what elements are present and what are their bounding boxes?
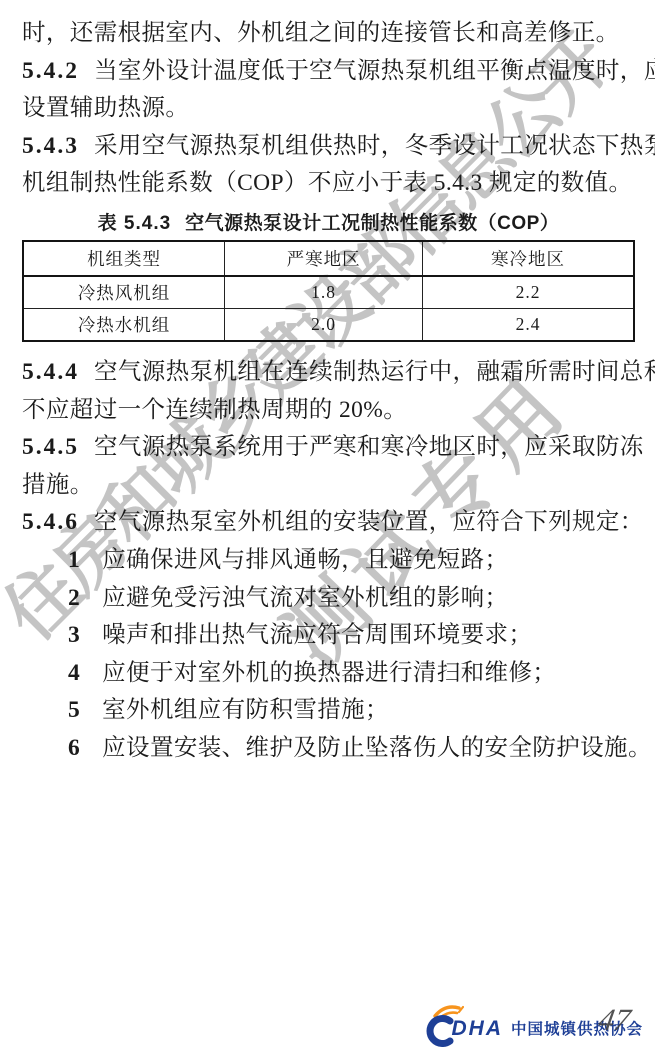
list-item-text: 应设置安装、维护及防止坠落伤人的安全防护设施。 xyxy=(102,735,652,761)
list-item-text: 噪声和排出热气流应符合周围环境要求； xyxy=(102,622,532,648)
list-item-number: 5 xyxy=(68,697,80,723)
cell-unit-type: 冷热风机组 xyxy=(23,276,225,309)
table-row: 冷热水机组 2.0 2.4 xyxy=(23,308,634,341)
clause-number: 5.4.2 xyxy=(22,58,79,84)
cell-value: 2.2 xyxy=(423,276,634,309)
clause-text: 空气源热泵系统用于严寒和寒冷地区时，应采取防冻 xyxy=(94,434,644,460)
header-severe-cold: 严寒地区 xyxy=(225,241,423,276)
list-item-number: 4 xyxy=(68,660,80,686)
cell-value: 1.8 xyxy=(225,276,423,309)
list-item: 6应设置安装、维护及防止坠落伤人的安全防护设施。 xyxy=(22,730,637,768)
clause-number: 5.4.4 xyxy=(22,359,79,385)
clause-5-4-4: 5.4.4空气源热泵机组在连续制热运行中，融霜所需时间总和 xyxy=(22,354,637,392)
table-caption-text: 空气源热泵设计工况制热性能系数（COP） xyxy=(185,213,559,234)
page-number: 47 xyxy=(596,1002,633,1038)
body-line: 措施。 xyxy=(22,467,637,505)
clause-text: 当室外设计温度低于空气源热泵机组平衡点温度时，应 xyxy=(94,58,655,84)
header-cold: 寒冷地区 xyxy=(423,241,634,276)
table-header-row: 机组类型 严寒地区 寒冷地区 xyxy=(23,241,634,276)
cell-value: 2.4 xyxy=(423,308,634,341)
clause-5-4-3: 5.4.3采用空气源热泵机组供热时，冬季设计工况状态下热泵 xyxy=(22,128,637,166)
body-line: 机组制热性能系数（COP）不应小于表 5.4.3 规定的数值。 xyxy=(22,165,637,203)
cell-unit-type: 冷热水机组 xyxy=(23,308,225,341)
list-item: 3噪声和排出热气流应符合周围环境要求； xyxy=(22,617,637,655)
list-item: 2应避免受污浊气流对室外机组的影响； xyxy=(22,580,637,618)
list-item-text: 应确保进风与排风通畅，且避免短路； xyxy=(102,547,508,573)
clause-text: 空气源热泵机组在连续制热运行中，融霜所需时间总和 xyxy=(94,359,655,385)
list-item-text: 室外机组应有防积雪措施； xyxy=(102,697,389,723)
list-item-number: 1 xyxy=(68,547,80,573)
list-item-number: 3 xyxy=(68,622,80,648)
body-line: 不应超过一个连续制热周期的 20%。 xyxy=(22,392,637,430)
list-item-text: 应便于对室外机的换热器进行清扫和维修； xyxy=(102,660,556,686)
cell-value: 2.0 xyxy=(225,308,423,341)
clause-5-4-6: 5.4.6空气源热泵室外机组的安装位置，应符合下列规定： xyxy=(22,504,637,542)
list-item: 1应确保进风与排风通畅，且避免短路； xyxy=(22,542,637,580)
clause-number: 5.4.6 xyxy=(22,509,79,535)
list-item: 5室外机组应有防积雪措施； xyxy=(22,692,637,730)
clause-number: 5.4.3 xyxy=(22,133,79,159)
list-item: 4应便于对室外机的换热器进行清扫和维修； xyxy=(22,655,637,693)
clause-text: 采用空气源热泵机组供热时，冬季设计工况状态下热泵 xyxy=(94,133,655,159)
document-body: 时，还需根据室内、外机组之间的连接管长和高差修正。 5.4.2当室外设计温度低于… xyxy=(0,0,655,1049)
list-item-text: 应避免受污浊气流对室外机组的影响； xyxy=(102,585,508,611)
clause-5-4-2: 5.4.2当室外设计温度低于空气源热泵机组平衡点温度时，应 xyxy=(22,53,637,91)
body-line: 时，还需根据室内、外机组之间的连接管长和高差修正。 xyxy=(22,15,637,53)
document-page: 住房和城乡建设部信息公开 测试专用 时，还需根据室内、外机组之间的连接管长和高差… xyxy=(0,0,655,1049)
table-caption-number: 表 5.4.3 xyxy=(98,213,172,234)
table-caption: 表 5.4.3空气源热泵设计工况制热性能系数（COP） xyxy=(20,208,637,235)
clause-number: 5.4.5 xyxy=(22,434,79,460)
logo-acronym: DHA xyxy=(451,1017,503,1041)
cop-table: 机组类型 严寒地区 寒冷地区 冷热风机组 1.8 2.2 冷热水机组 2.0 2… xyxy=(22,240,635,342)
clause-text: 空气源热泵室外机组的安装位置，应符合下列规定： xyxy=(94,509,644,535)
clause-5-4-5: 5.4.5空气源热泵系统用于严寒和寒冷地区时，应采取防冻 xyxy=(22,429,637,467)
body-after-table: 5.4.4空气源热泵机组在连续制热运行中，融霜所需时间总和 不应超过一个连续制热… xyxy=(22,354,637,768)
body-line: 设置辅助热源。 xyxy=(22,90,637,128)
header-unit-type: 机组类型 xyxy=(23,241,225,276)
list-item-number: 2 xyxy=(68,585,80,611)
list-item-number: 6 xyxy=(68,735,80,761)
table-row: 冷热风机组 1.8 2.2 xyxy=(23,276,634,309)
